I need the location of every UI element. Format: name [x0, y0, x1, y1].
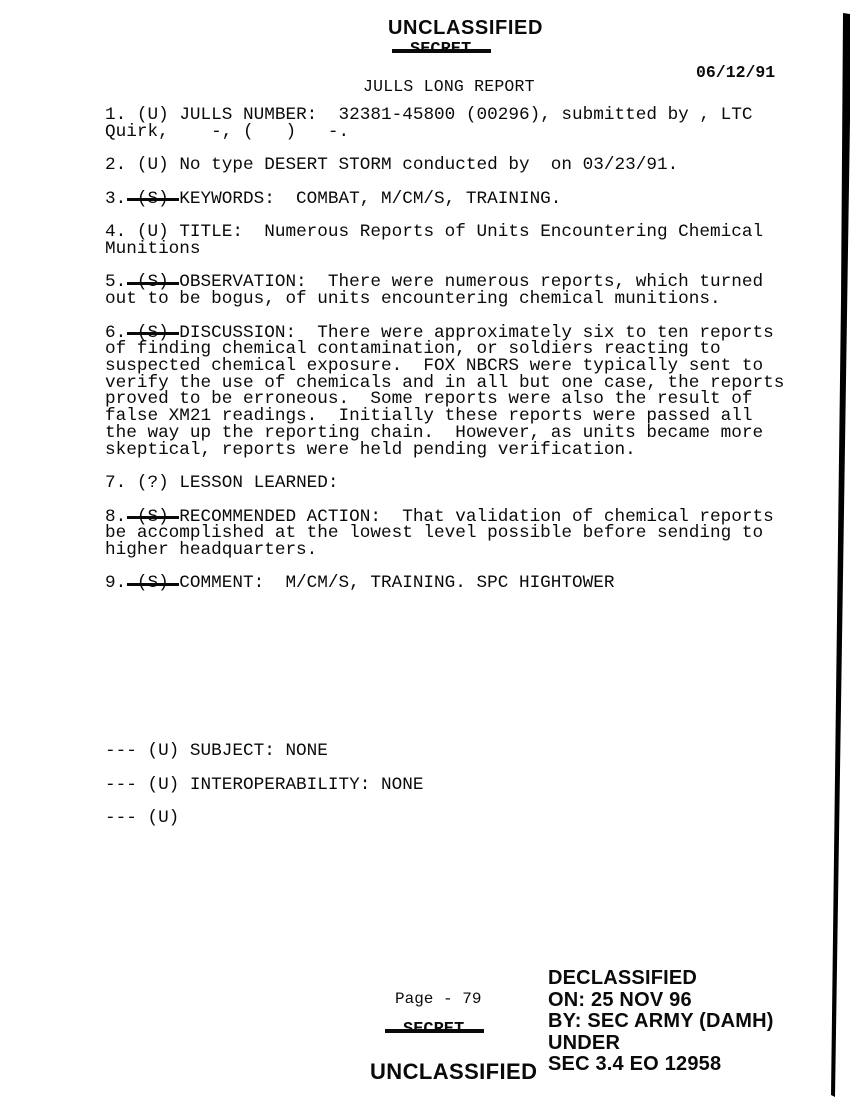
dash-entry-line: --- (U): [105, 810, 423, 827]
struck-classification-marker: (S): [137, 274, 169, 291]
report-body: 1. (U) JULLS NUMBER: 32381-45800 (00296)…: [105, 107, 784, 609]
struck-classification-marker: (S): [137, 509, 169, 526]
header-unclassified-label: UNCLASSIFIED: [388, 17, 543, 40]
struck-classification-marker: (S): [137, 575, 169, 592]
document-title: JULLS LONG REPORT: [363, 77, 535, 96]
dash-entry-line: --- (U) SUBJECT: NONE: [105, 743, 423, 760]
header-secret-struck-label: SECRET: [410, 40, 471, 59]
secret-strikethrough-text: SECRET: [410, 40, 471, 59]
footer-unclassified-label: UNCLASSIFIED: [370, 1059, 537, 1085]
report-paragraph: 5. (S) OBSERVATION: There were numerous …: [105, 274, 784, 307]
report-paragraph: 6. (S) DISCUSSION: There were approximat…: [105, 325, 784, 459]
report-paragraph: 3. (S) KEYWORDS: COMBAT, M/CM/S, TRAININ…: [105, 191, 784, 208]
stamp-line: DECLASSIFIED: [548, 968, 850, 990]
dash-entries-section: --- (U) SUBJECT: NONE--- (U) INTEROPERAB…: [105, 743, 423, 844]
document-date: 06/12/91: [696, 63, 775, 82]
report-paragraph: 1. (U) JULLS NUMBER: 32381-45800 (00296)…: [105, 107, 784, 140]
document-page: UNCLASSIFIED SECRET 06/12/91 JULLS LONG …: [0, 0, 850, 1102]
dash-entry-line: --- (U) INTEROPERABILITY: NONE: [105, 777, 423, 794]
declassification-stamp: DECLASSIFIEDON: 25 NOV 96BY: SEC ARMY (D…: [548, 968, 850, 1076]
stamp-line: SEC 3.4 EO 12958: [548, 1054, 850, 1076]
report-paragraph: 8. (S) RECOMMENDED ACTION: That validati…: [105, 509, 784, 559]
report-paragraph: 2. (U) No type DESERT STORM conducted by…: [105, 157, 784, 174]
footer-secret-struck-label: SECRET: [403, 1020, 464, 1039]
struck-classification-marker: (S): [137, 325, 169, 342]
report-paragraph: 7. (?) LESSON LEARNED:: [105, 475, 784, 492]
stamp-line: ON: 25 NOV 96: [548, 990, 850, 1012]
stamp-line: BY: SEC ARMY (DAMH) UNDER: [548, 1011, 850, 1054]
report-paragraph: 4. (U) TITLE: Numerous Reports of Units …: [105, 224, 784, 257]
struck-classification-marker: (S): [137, 191, 169, 208]
secret-strikethrough-text: SECRET: [403, 1020, 464, 1039]
footer-page-number: Page - 79: [395, 990, 481, 1008]
report-paragraph: 9. (S) COMMENT: M/CM/S, TRAINING. SPC HI…: [105, 575, 784, 592]
